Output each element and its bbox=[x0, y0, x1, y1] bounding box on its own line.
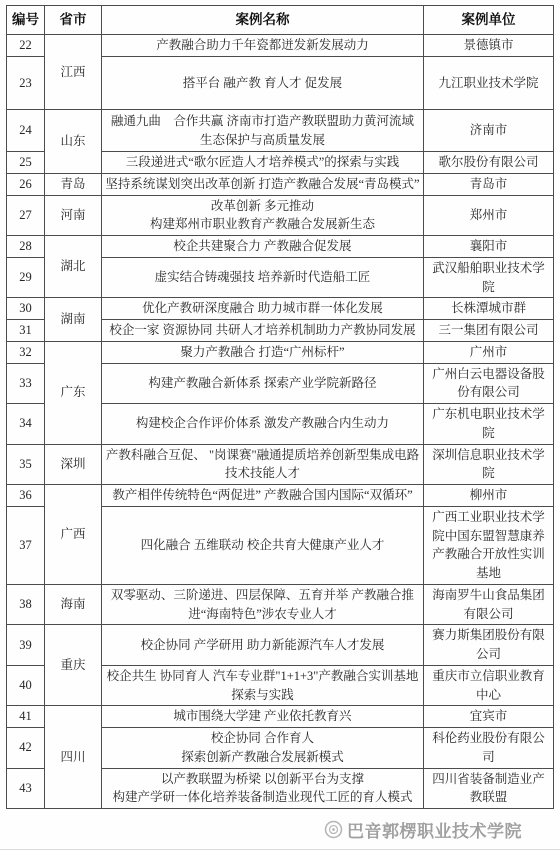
case-number-cell: 31 bbox=[7, 320, 45, 342]
case-name-cell: 聚力产教融合 打造“广州标杆” bbox=[102, 341, 424, 363]
case-number-cell: 40 bbox=[7, 665, 45, 706]
watermark: 巴音郭楞职业技术学院 bbox=[324, 817, 522, 842]
case-unit-cell: 长株潭城市群 bbox=[424, 298, 554, 320]
case-name-cell: 构建校企合作评价体系 激发产教融合内生动力 bbox=[102, 404, 424, 445]
case-unit-cell: 重庆市立信职业教育中心 bbox=[424, 665, 554, 706]
case-unit-cell: 柳州市 bbox=[424, 485, 554, 507]
case-number-cell: 28 bbox=[7, 236, 45, 258]
case-number-cell: 23 bbox=[7, 57, 45, 110]
document-page: 编号 省市 案例名称 案例单位 22江西产教融合助力千年瓷都迸发新发展动力景德镇… bbox=[0, 0, 560, 852]
case-unit-cell: 海南罗牛山食品集团有限公司 bbox=[424, 584, 554, 625]
case-number-cell: 37 bbox=[7, 506, 45, 584]
table-row: 35深圳产教科融合互促、 "岗课赛"融通提质培养创新型集成电路技术技能人才深圳信… bbox=[7, 444, 554, 485]
case-name-cell: 城市围绕大学建 产业依托教育兴 bbox=[102, 706, 424, 728]
case-number-cell: 39 bbox=[7, 625, 45, 666]
header-case-unit: 案例单位 bbox=[424, 6, 554, 35]
province-cell: 深圳 bbox=[45, 444, 102, 485]
case-number-cell: 25 bbox=[7, 152, 45, 174]
case-unit-cell: 宜宾市 bbox=[424, 706, 554, 728]
case-name-cell: 校企共生 协同育人 汽车专业群"1+1+3"产教融合实训基地探索与实践 bbox=[102, 665, 424, 706]
case-unit-cell: 广西工业职业技术学院中国东盟智慧康养产教融合开放性实训基地 bbox=[424, 506, 554, 584]
case-name-cell: 校企一家 资源协同 共研人才培养机制助力产教协同发展 bbox=[102, 320, 424, 342]
case-unit-cell: 广东机电职业技术学院 bbox=[424, 404, 554, 445]
province-cell: 湖南 bbox=[45, 298, 102, 342]
province-cell: 湖北 bbox=[45, 236, 102, 298]
watermark-text: 巴音郭楞职业技术学院 bbox=[347, 817, 522, 842]
case-name-cell: 融通九曲 合作共赢 济南市打造产教联盟助力黄河流域生态保护与高质量发展 bbox=[102, 110, 424, 152]
table-header-row: 编号 省市 案例名称 案例单位 bbox=[7, 6, 554, 35]
case-unit-cell: 武汉船舶职业技术学院 bbox=[424, 257, 554, 298]
case-unit-cell: 广州白云电器设备股份有限公司 bbox=[424, 363, 554, 404]
province-cell: 重庆 bbox=[45, 625, 102, 706]
case-number-cell: 41 bbox=[7, 706, 45, 728]
case-unit-cell: 青岛市 bbox=[424, 173, 554, 195]
case-number-cell: 27 bbox=[7, 195, 45, 236]
case-unit-cell: 济南市 bbox=[424, 110, 554, 152]
case-unit-cell: 深圳信息职业技术学院 bbox=[424, 444, 554, 485]
case-number-cell: 22 bbox=[7, 35, 45, 57]
case-name-cell: 四化融合 五维联动 校企共育大健康产业人才 bbox=[102, 506, 424, 584]
case-number-cell: 38 bbox=[7, 584, 45, 625]
province-cell: 广西 bbox=[45, 485, 102, 585]
case-name-cell: 以产教联盟为桥梁 以创新平台为支撑 构建产学研一体化培养装备制造业现代工匠的育人… bbox=[102, 768, 424, 809]
province-cell: 河南 bbox=[45, 195, 102, 236]
case-name-cell: 虚实结合铸魂强技 培养新时代造船工匠 bbox=[102, 257, 424, 298]
case-number-cell: 34 bbox=[7, 404, 45, 445]
case-unit-cell: 歌尔股份有限公司 bbox=[424, 152, 554, 174]
table-body: 22江西产教融合助力千年瓷都迸发新发展动力景德镇市23搭平台 融产教 育人才 促… bbox=[7, 35, 554, 809]
case-unit-cell: 襄阳市 bbox=[424, 236, 554, 258]
table-row: 22江西产教融合助力千年瓷都迸发新发展动力景德镇市 bbox=[7, 35, 554, 57]
case-number-cell: 35 bbox=[7, 444, 45, 485]
case-number-cell: 30 bbox=[7, 298, 45, 320]
case-number-cell: 24 bbox=[7, 110, 45, 152]
table-row: 39重庆校企协同 产学研用 助力新能源汽车人才发展赛力斯集团股份有限公司 bbox=[7, 625, 554, 666]
case-unit-cell: 三一集团有限公司 bbox=[424, 320, 554, 342]
case-name-cell: 产教融合助力千年瓷都迸发新发展动力 bbox=[102, 35, 424, 57]
province-cell: 青岛 bbox=[45, 173, 102, 195]
table-row: 38海南双零驱动、三阶递进、四层保障、五育并举 产教融合推进“海南特色”涉农专业… bbox=[7, 584, 554, 625]
case-name-cell: 双零驱动、三阶递进、四层保障、五育并举 产教融合推进“海南特色”涉农专业人才 bbox=[102, 584, 424, 625]
watermark-logo-icon bbox=[324, 820, 343, 839]
case-name-cell: 三段递进式“歌尔匠造人才培养模式”的探索与实践 bbox=[102, 152, 424, 174]
case-unit-cell: 广州市 bbox=[424, 341, 554, 363]
case-name-cell: 教产相伴传统特色“两促进” 产教融合国内国际“双循环” bbox=[102, 485, 424, 507]
case-number-cell: 29 bbox=[7, 257, 45, 298]
case-unit-cell: 景德镇市 bbox=[424, 35, 554, 57]
case-name-cell: 坚持系统谋划突出改革创新 打造产教融合发展“青岛模式” bbox=[102, 173, 424, 195]
province-cell: 海南 bbox=[45, 584, 102, 625]
header-number: 编号 bbox=[7, 6, 45, 35]
table-row: 41四川城市围绕大学建 产业依托教育兴宜宾市 bbox=[7, 706, 554, 728]
table-row: 24山东融通九曲 合作共赢 济南市打造产教联盟助力黄河流域生态保护与高质量发展济… bbox=[7, 110, 554, 152]
case-unit-cell: 四川省装备制造业产教联盟 bbox=[424, 768, 554, 809]
province-cell: 江西 bbox=[45, 35, 102, 110]
table-row: 27河南改革创新 多元推动 构建郑州市职业教育产教融合发展新生态郑州市 bbox=[7, 195, 554, 236]
case-unit-cell: 科伦药业股份有限公司 bbox=[424, 728, 554, 769]
case-name-cell: 校企协同 合作育人 探索创新产教融合发展新模式 bbox=[102, 728, 424, 769]
case-name-cell: 产教科融合互促、 "岗课赛"融通提质培养创新型集成电路技术技能人才 bbox=[102, 444, 424, 485]
table-row: 28湖北校企共建聚合力 产教融合促发展襄阳市 bbox=[7, 236, 554, 258]
case-number-cell: 26 bbox=[7, 173, 45, 195]
case-number-cell: 33 bbox=[7, 363, 45, 404]
province-cell: 山东 bbox=[45, 110, 102, 174]
case-unit-cell: 郑州市 bbox=[424, 195, 554, 236]
table-row: 30湖南优化产教研深度融合 助力城市群一体化发展长株潭城市群 bbox=[7, 298, 554, 320]
case-name-cell: 校企共建聚合力 产教融合促发展 bbox=[102, 236, 424, 258]
case-number-cell: 32 bbox=[7, 341, 45, 363]
province-cell: 广东 bbox=[45, 341, 102, 444]
table-row: 26青岛坚持系统谋划突出改革创新 打造产教融合发展“青岛模式”青岛市 bbox=[7, 173, 554, 195]
case-unit-cell: 九江职业技术学院 bbox=[424, 57, 554, 110]
case-number-cell: 36 bbox=[7, 485, 45, 507]
case-name-cell: 优化产教研深度融合 助力城市群一体化发展 bbox=[102, 298, 424, 320]
table-row: 36广西教产相伴传统特色“两促进” 产教融合国内国际“双循环”柳州市 bbox=[7, 485, 554, 507]
province-cell: 四川 bbox=[45, 706, 102, 809]
header-case-name: 案例名称 bbox=[102, 6, 424, 35]
case-name-cell: 校企协同 产学研用 助力新能源汽车人才发展 bbox=[102, 625, 424, 666]
case-table: 编号 省市 案例名称 案例单位 22江西产教融合助力千年瓷都迸发新发展动力景德镇… bbox=[6, 5, 554, 809]
case-number-cell: 43 bbox=[7, 768, 45, 809]
case-name-cell: 搭平台 融产教 育人才 促发展 bbox=[102, 57, 424, 110]
case-name-cell: 改革创新 多元推动 构建郑州市职业教育产教融合发展新生态 bbox=[102, 195, 424, 236]
case-unit-cell: 赛力斯集团股份有限公司 bbox=[424, 625, 554, 666]
case-name-cell: 构建产教融合新体系 探索产业学院新路径 bbox=[102, 363, 424, 404]
header-province: 省市 bbox=[45, 6, 102, 35]
table-row: 32广东聚力产教融合 打造“广州标杆”广州市 bbox=[7, 341, 554, 363]
case-number-cell: 42 bbox=[7, 728, 45, 769]
bottom-divider bbox=[0, 849, 560, 850]
